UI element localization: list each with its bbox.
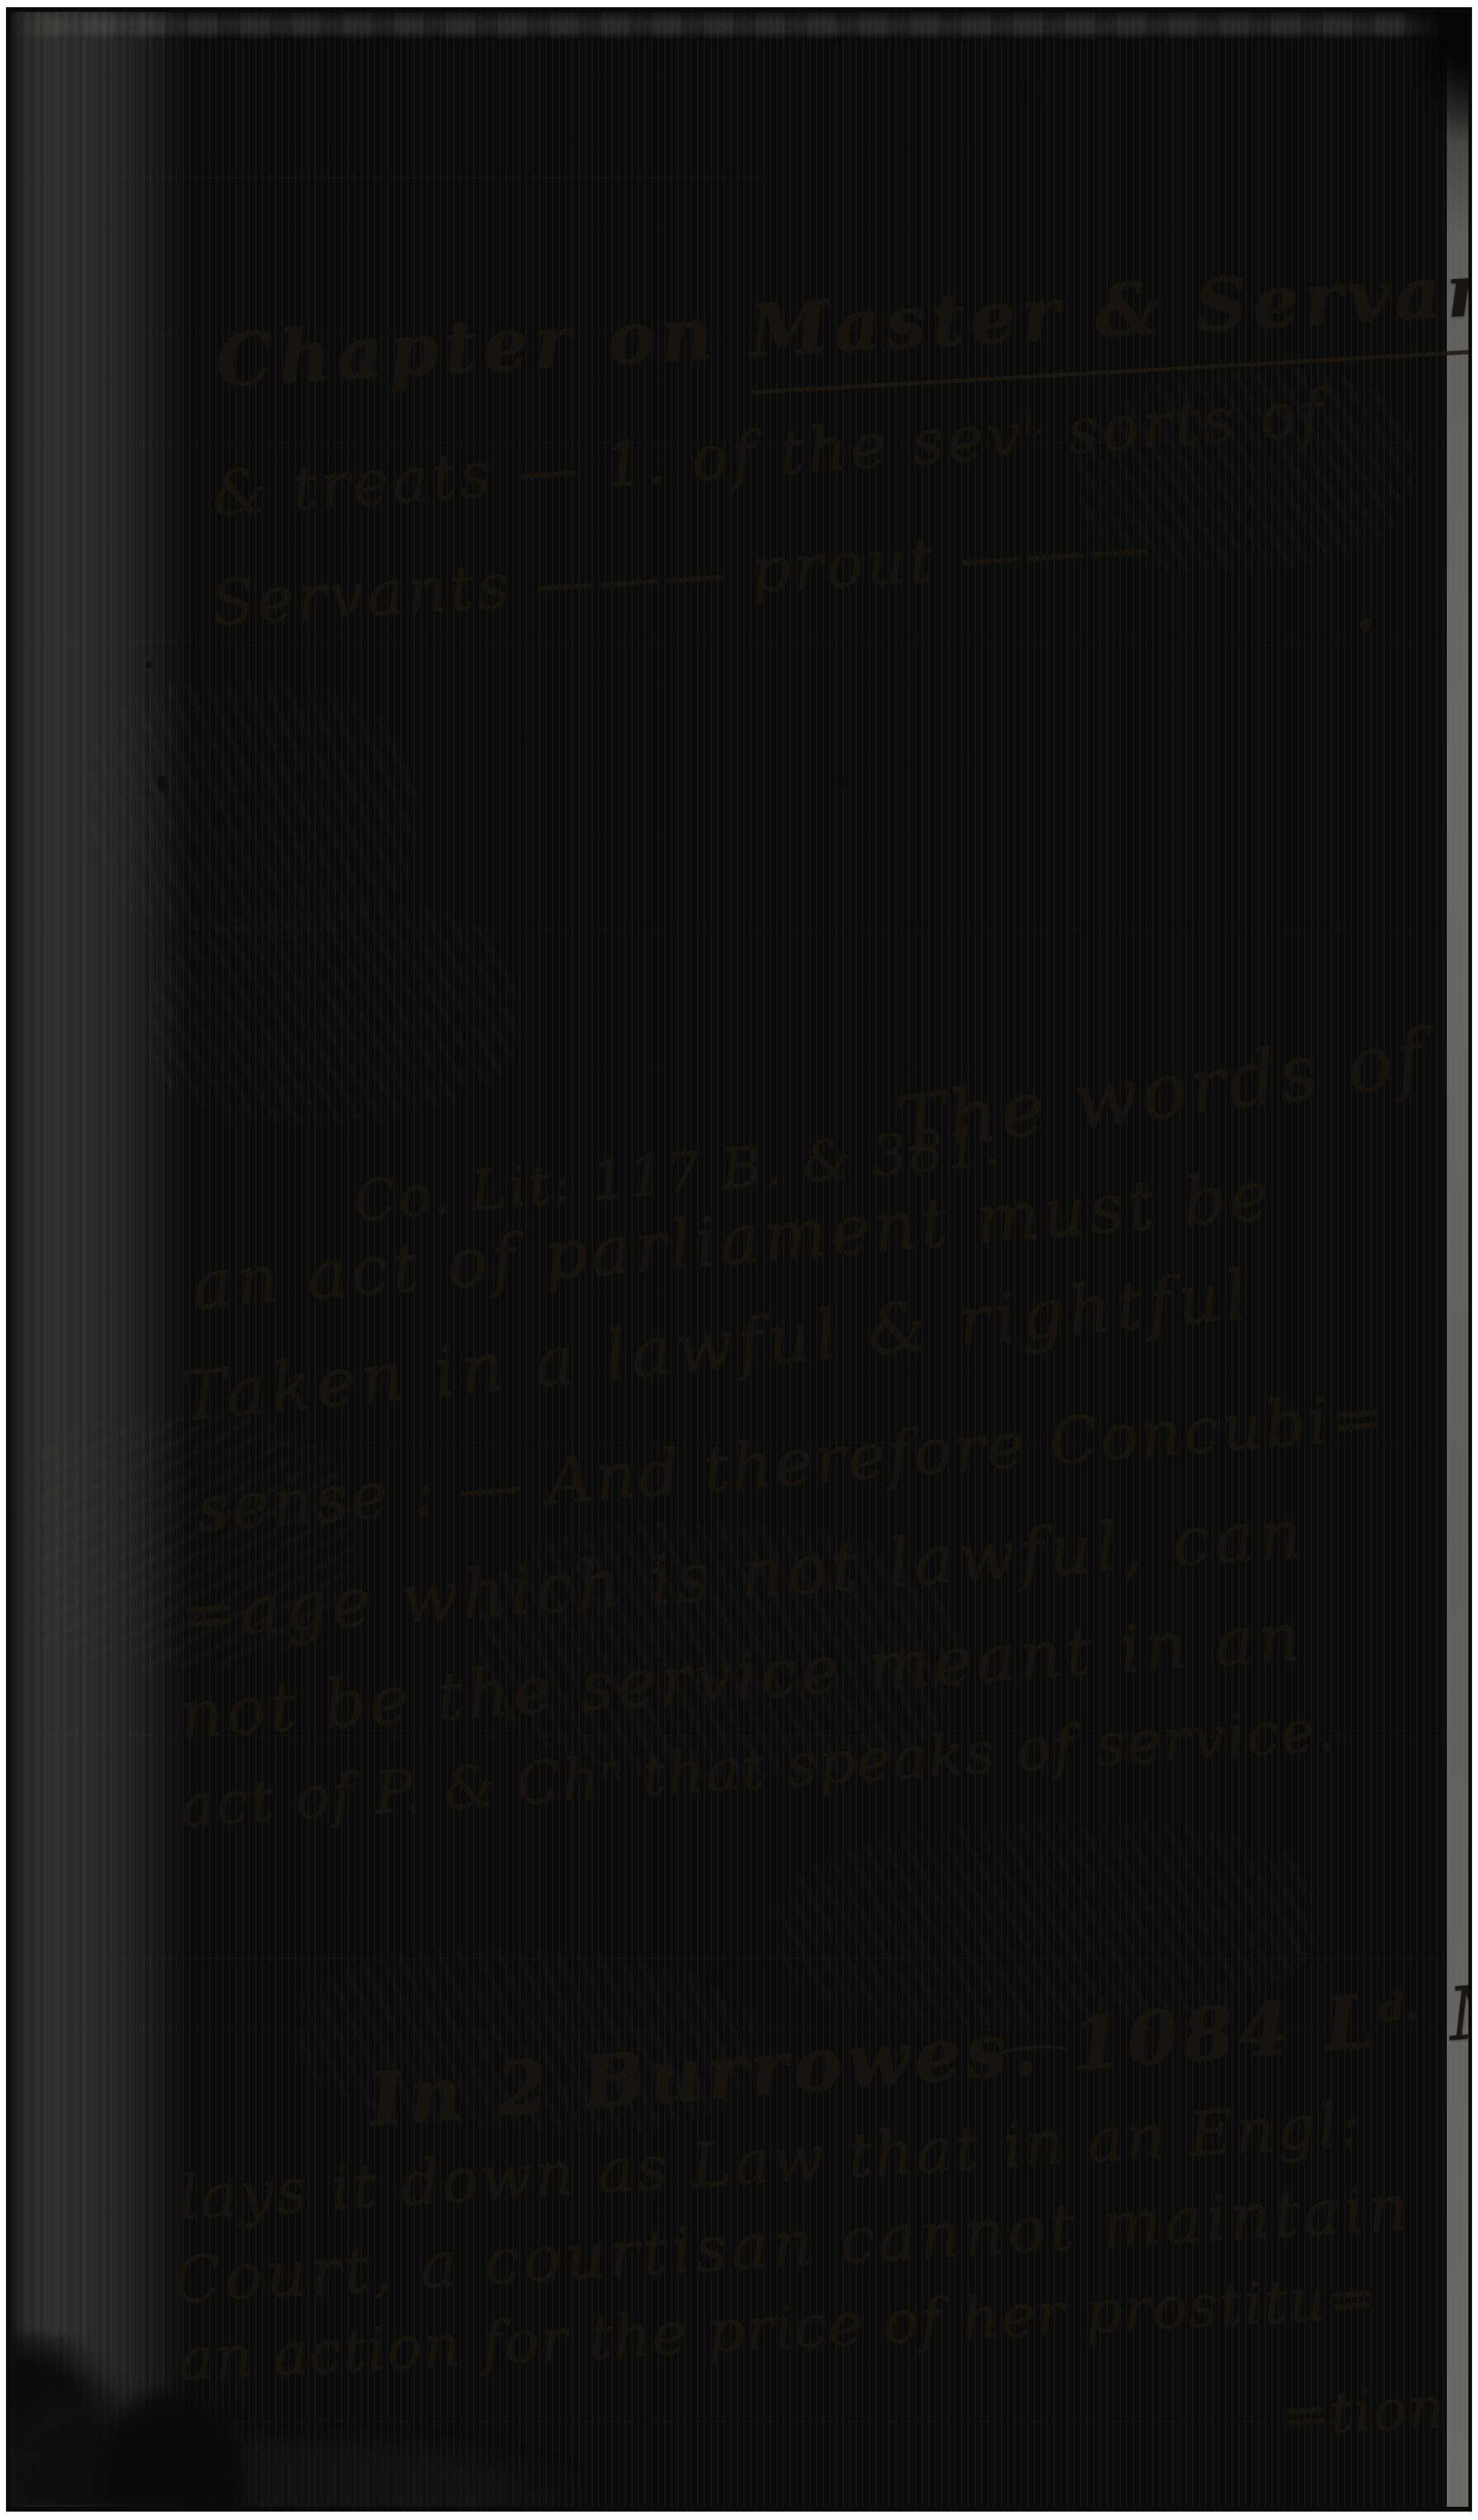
binding-gutter-shadow <box>11 12 191 2507</box>
manuscript-page: Chapter on Master & Servant & treats — 1… <box>11 12 1468 2507</box>
citation-burrowes-text-end: M: <box>1416 1962 1468 2060</box>
dark-shadow-blob <box>11 2334 581 2507</box>
ink-speck <box>146 661 152 668</box>
bleedthrough-smudge <box>143 896 526 1132</box>
ruled-line <box>29 928 1456 929</box>
page-right-edge <box>1447 40 1468 2507</box>
heading-end-period: . <box>1354 570 1377 643</box>
superscript-abbreviation: d. <box>1377 1984 1420 2030</box>
page-top-edge-shadow <box>11 12 1468 40</box>
ruled-line <box>35 1958 1462 1959</box>
ink-speck <box>568 138 575 146</box>
ink-speck <box>708 1972 717 1983</box>
ink-speck <box>840 780 846 788</box>
ink-speck <box>157 776 166 791</box>
ink-speck <box>209 150 218 161</box>
note2-line5-hyphenated: =tion <box>1279 2377 1447 2447</box>
superscript-abbreviation: l. <box>1022 405 1045 442</box>
ink-speck <box>526 733 531 739</box>
ink-speck <box>218 815 226 824</box>
photo-corner-shadow <box>1378 12 1468 192</box>
photo-frame: Chapter on Master & Servant & treats — 1… <box>6 7 1472 2512</box>
ruled-line <box>29 640 1456 641</box>
superscript-abbreviation: r. <box>599 1750 623 1785</box>
